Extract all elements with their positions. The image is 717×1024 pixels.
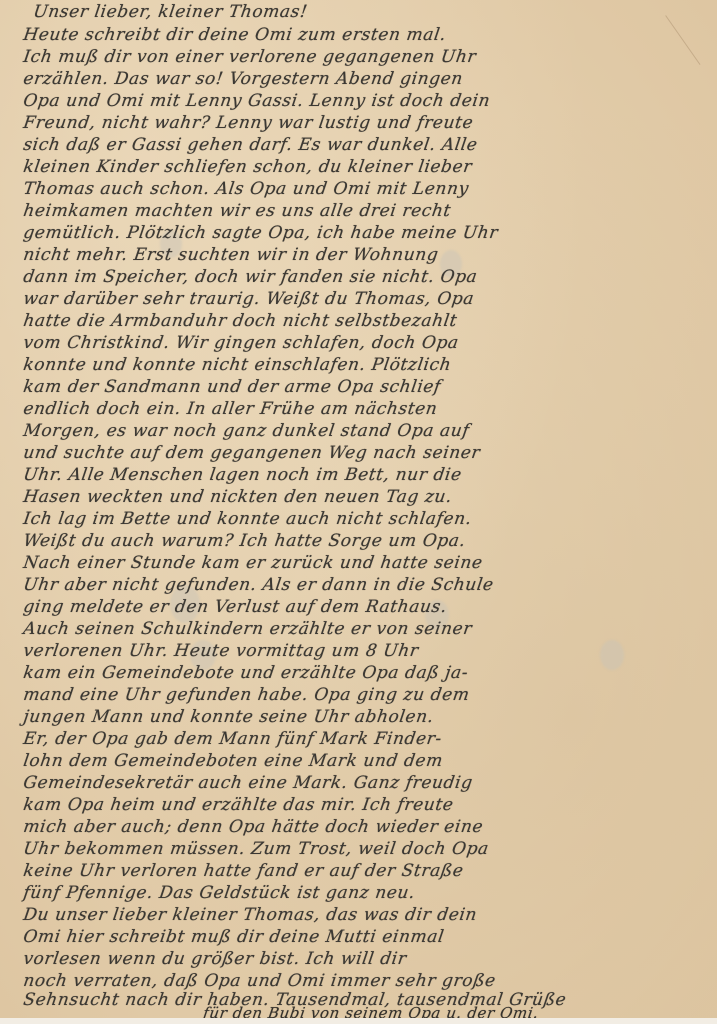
paper-bottom-edge [0,1018,717,1024]
letter-line: Gemeindesekretär auch eine Mark. Ganz fr… [22,773,474,793]
letter-line: Weißt du auch warum? Ich hatte Sorge um … [22,531,467,551]
letter-line: Uhr aber nicht gefunden. Als er dann in … [22,575,495,595]
letter-line: Hasen weckten und nickten den neuen Tag … [22,487,453,507]
page-fold-crease [665,0,717,65]
letter-line: lohn dem Gemeindeboten eine Mark und dem [22,751,444,771]
letter-line: Freund, nicht wahr? Lenny war lustig und… [22,113,475,133]
letter-line: keine Uhr verloren hatte fand er auf der… [22,861,465,881]
letter-line: verlorenen Uhr. Heute vormittag um 8 Uhr [22,641,420,661]
letter-line: vom Christkind. Wir gingen schlafen, doc… [22,333,460,353]
letter-line: Thomas auch schon. Als Opa und Omi mit L… [22,179,470,199]
letter-line: noch verraten, daß Opa und Omi immer seh… [22,971,497,991]
letter-line: kleinen Kinder schliefen schon, du klein… [22,157,473,177]
letter-line: heimkamen machten wir es uns alle drei r… [22,201,452,221]
letter-line: dann im Speicher, doch wir fanden sie ni… [22,267,479,287]
letter-line: gemütlich. Plötzlich sagte Opa, ich habe… [22,223,499,243]
letter-line: kam Opa heim und erzählte das mir. Ich f… [22,795,455,815]
letter-line: kam der Sandmann und der arme Opa schlie… [22,377,442,397]
letter-line: war darüber sehr traurig. Weißt du Thoma… [22,289,475,309]
salutation: Unser lieber, kleiner Thomas! [32,2,309,22]
letter-line: jungen Mann und konnte seine Uhr abholen… [22,707,435,727]
letter-line: Uhr. Alle Menschen lagen noch im Bett, n… [22,465,463,485]
letter-line: fünf Pfennige. Das Geldstück ist ganz ne… [22,883,416,903]
letter-line: mich aber auch; denn Opa hätte doch wied… [22,817,485,837]
letter-line: Morgen, es war noch ganz dunkel stand Op… [22,421,471,441]
letter-line: Du unser lieber kleiner Thomas, das was … [22,905,478,925]
letter-line: kam ein Gemeindebote und erzählte Opa da… [22,663,470,683]
letter-line: mand eine Uhr gefunden habe. Opa ging zu… [22,685,471,705]
letter-line: Opa und Omi mit Lenny Gassi. Lenny ist d… [22,91,491,111]
letter-line: nicht mehr. Erst suchten wir in der Wohn… [22,245,440,265]
letter-line: sich daß er Gassi gehen darf. Es war dun… [22,135,479,155]
letter-line: konnte und konnte nicht einschlafen. Plö… [22,355,453,375]
letter-line: Ich muß dir von einer verlorene gegangen… [22,47,478,67]
letter-line: hatte die Armbanduhr doch nicht selbstbe… [22,311,459,331]
letter-line: Ich lag im Bette und konnte auch nicht s… [22,509,473,529]
letter-line: Uhr bekommen müssen. Zum Trost, weil doc… [22,839,490,859]
letter-line: und suchte auf dem gegangenen Weg nach s… [22,443,482,463]
letter-line: Nach einer Stunde kam er zurück und hatt… [22,553,484,573]
letter-line: Heute schreibt dir deine Omi zum ersten … [22,25,447,45]
water-stain [600,640,624,670]
letter-line: Er, der Opa gab dem Mann fünf Mark Finde… [22,729,443,749]
letter-line: Auch seinen Schulkindern erzählte er von… [22,619,473,639]
letter-line: vorlesen wenn du größer bist. Ich will d… [22,949,408,969]
letter-line: Omi hier schreibt muß dir deine Mutti ei… [22,927,445,947]
letter-line: ging meldete er den Verlust auf dem Rath… [22,597,448,617]
letter-line: endlich doch ein. In aller Frühe am näch… [22,399,439,419]
letter-line: erzählen. Das war so! Vorgestern Abend g… [22,69,464,89]
letter-page: Unser lieber, kleiner Thomas! Heute schr… [0,0,717,1024]
